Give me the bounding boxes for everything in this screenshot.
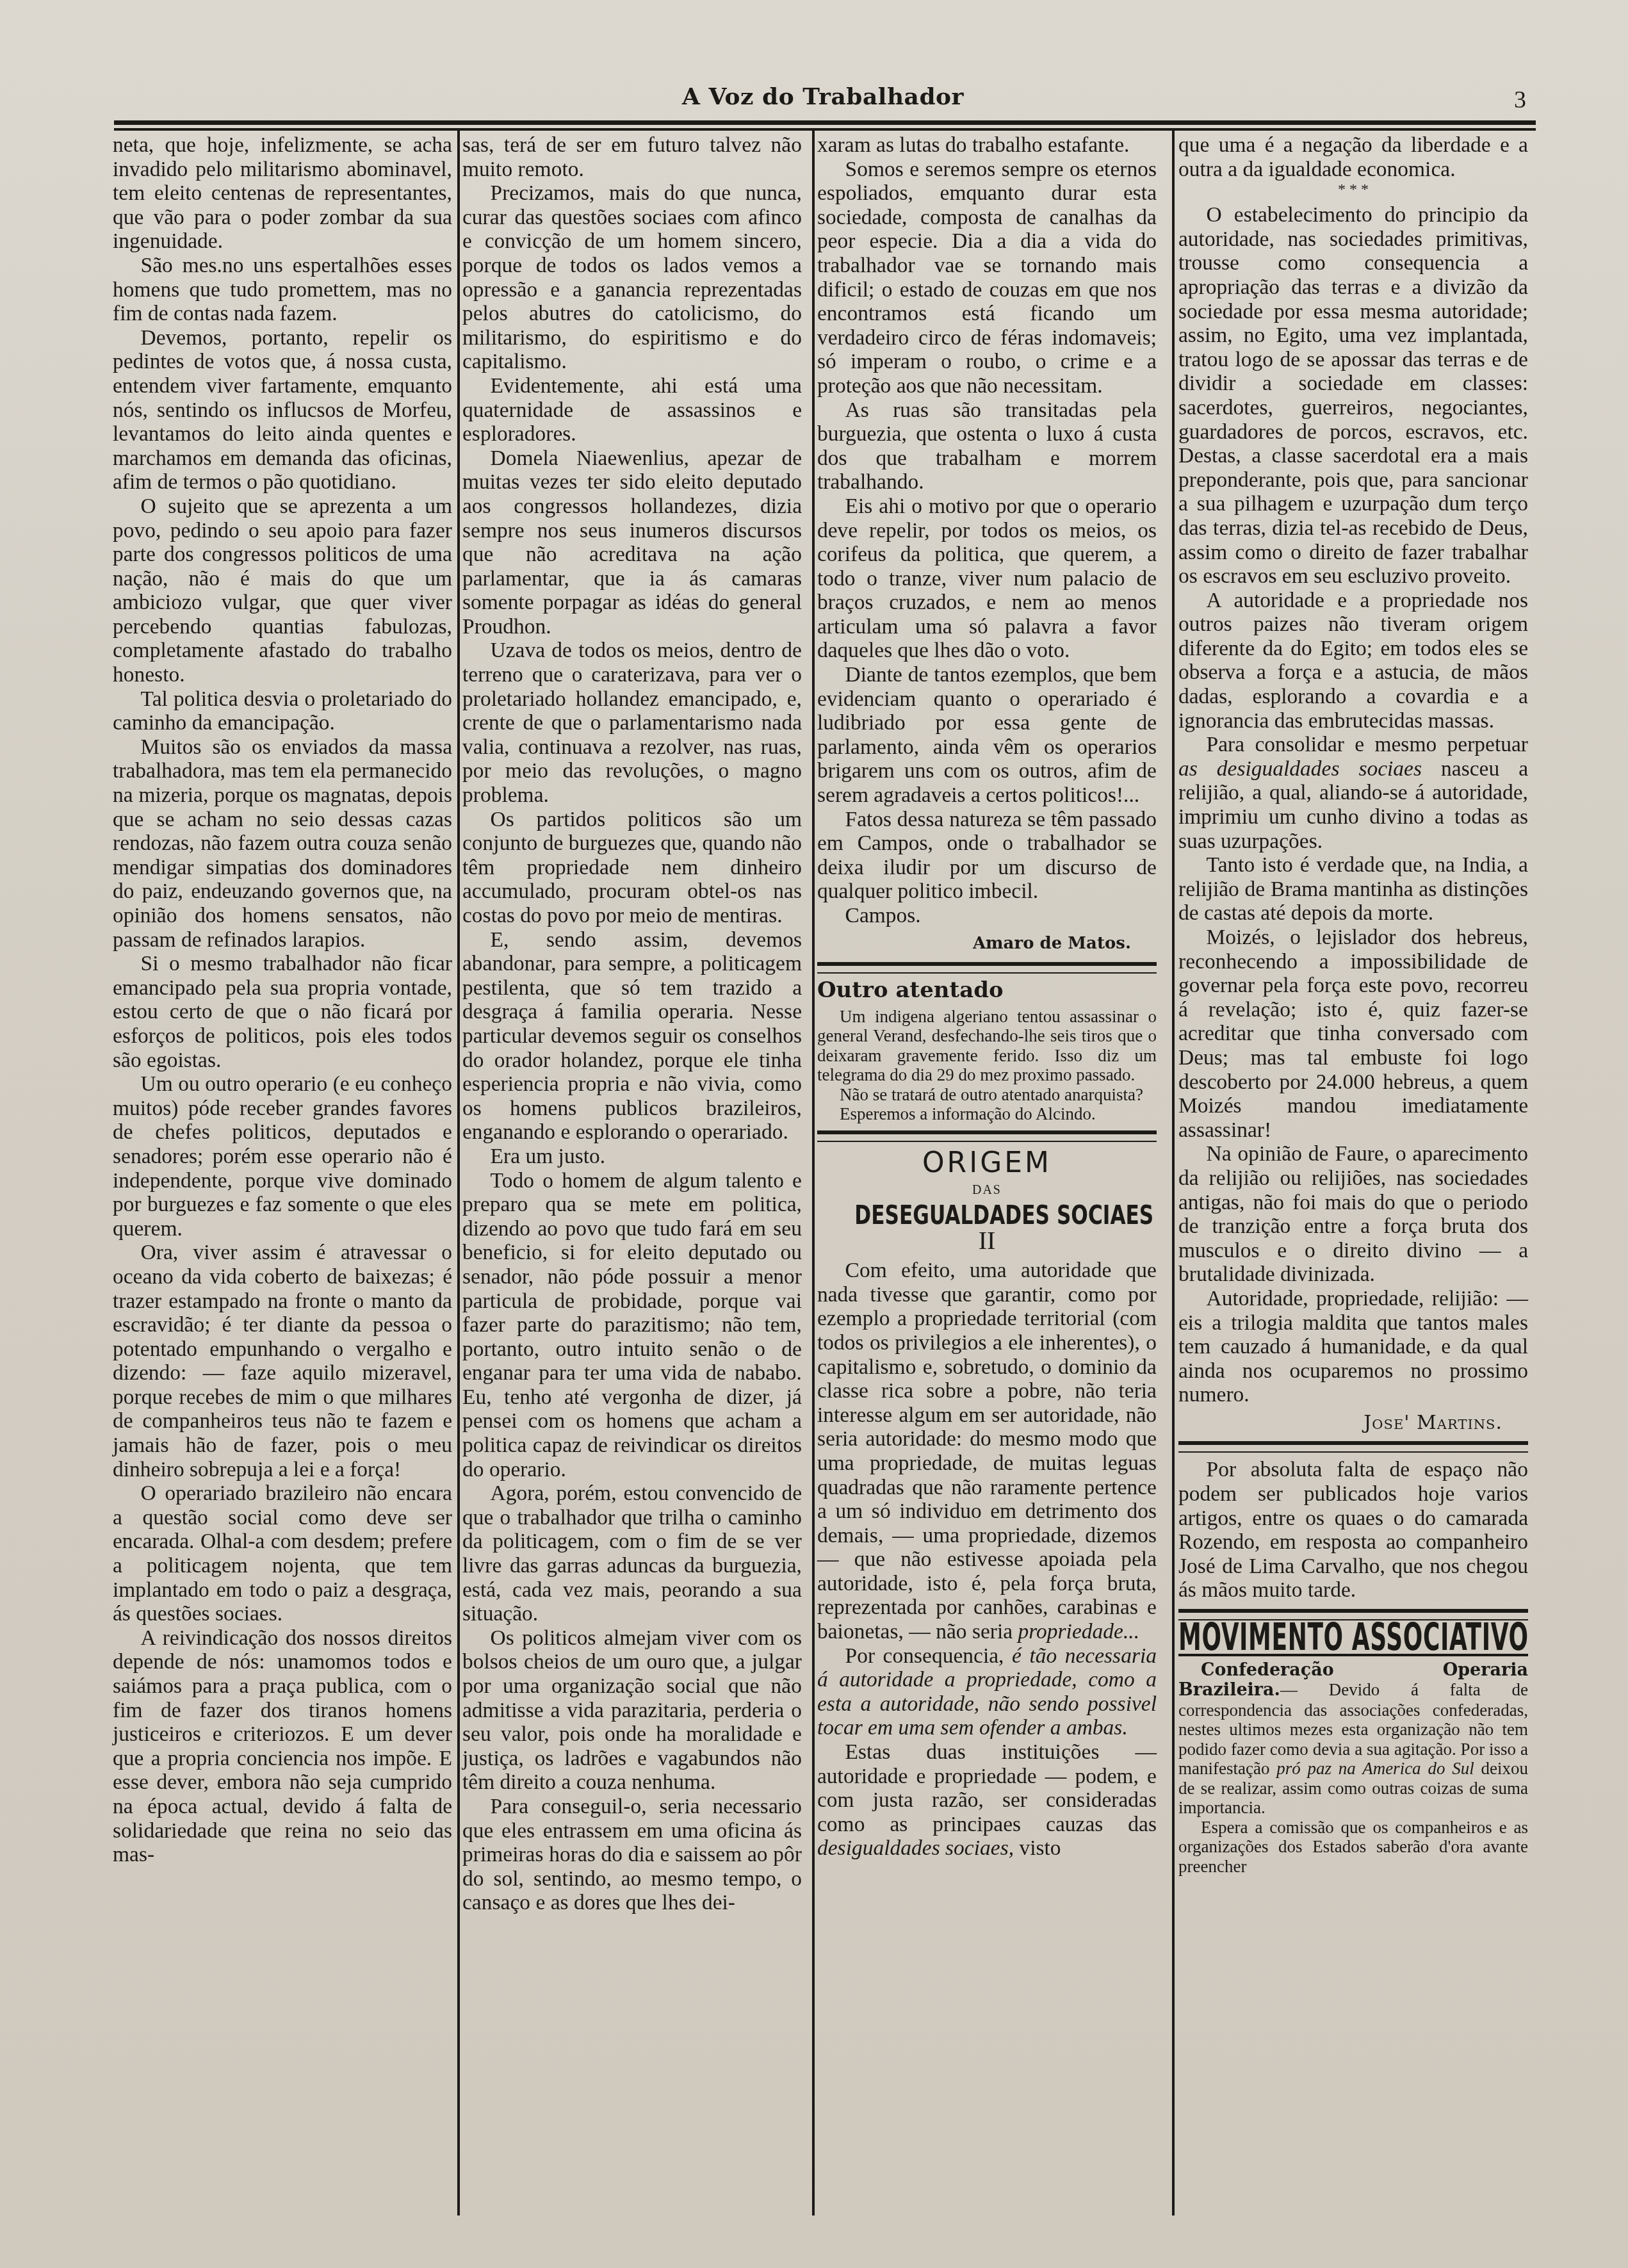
paragraph: A reivindicação dos nossos direitos depe… xyxy=(113,1626,452,1867)
article-part-number: II xyxy=(817,1228,1157,1253)
paragraph: Autoridade, propriedade, relijião: — eis… xyxy=(1178,1287,1528,1407)
column-4: que uma é a negação da liberdade e a out… xyxy=(1178,133,1528,1876)
paragraph: Era um justo. xyxy=(462,1145,802,1169)
paragraph: Os politicos almejam viver com os bolsos… xyxy=(462,1626,802,1795)
paragraph: Todo o homem de algum talento e preparo … xyxy=(462,1169,802,1482)
paragraph: Domela Niaewenlius, apezar de muitas vez… xyxy=(462,446,802,639)
paragraph: Com efeito, uma autoridade que nada tive… xyxy=(817,1259,1157,1644)
masthead: A Voz do Trabalhador 3 xyxy=(112,83,1534,122)
newspaper-page: A Voz do Trabalhador 3 neta, que hoje, i… xyxy=(0,0,1628,2268)
paragraph: Esperemos a informação do Alcindo. xyxy=(817,1104,1157,1124)
paragraph: Por consequencia, é tão necessaria á aut… xyxy=(817,1644,1157,1740)
paragraph: O sujeito que se aprezenta a um povo, pe… xyxy=(113,494,452,687)
column-divider xyxy=(812,131,815,2215)
paragraph: Somos e seremos sempre os eternos espoli… xyxy=(817,158,1157,398)
paragraph: Estas duas instituições — autoridade e p… xyxy=(817,1740,1157,1861)
paragraph: Precizamos, mais do que nunca, curar das… xyxy=(462,181,802,374)
paragraph: Si o mesmo trabalhador não ficar emancip… xyxy=(113,952,452,1072)
column-1: neta, que hoje, infelizmente, se acha in… xyxy=(113,133,452,1867)
article-title-das: DAS xyxy=(817,1179,1157,1203)
paragraph: xaram as lutas do trabalho estafante. xyxy=(817,133,1157,158)
newspaper-title: A Voz do Trabalhador xyxy=(112,83,1534,110)
column-2: sas, terá de ser em futuro talvez não mu… xyxy=(462,133,802,1915)
article-title-desegualdades: DESEGUALDADES SOCIAES xyxy=(854,1204,1119,1228)
column-3: xaram as lutas do trabalho estafante. So… xyxy=(817,133,1157,1861)
paragraph: São mes.no uns espertalhões esses homens… xyxy=(113,254,452,326)
paragraph: Tanto isto é verdade que, na India, a re… xyxy=(1178,853,1528,926)
paragraph: Tal politica desvia o proletariado do ca… xyxy=(113,687,452,735)
section-rule xyxy=(817,962,1157,974)
paragraph: Para consolidar e mesmo perpetuar as des… xyxy=(1178,733,1528,853)
paragraph: Uzava de todos os meios, dentro de terre… xyxy=(462,639,802,807)
editorial-notice: Por absoluta falta de espaço não podem s… xyxy=(1178,1458,1528,1603)
paragraph: As ruas são transitadas pela burguezia, … xyxy=(817,398,1157,494)
paragraph: Um indigena algeriano tentou assassinar … xyxy=(817,1007,1157,1085)
paragraph: Ora, viver assim é atravessar o oceano d… xyxy=(113,1241,452,1481)
paragraph: Não se tratará de outro atentado anarqui… xyxy=(817,1085,1157,1105)
paragraph: Um ou outro operario (e eu conheço muito… xyxy=(113,1072,452,1241)
paragraph: Fatos dessa natureza se têm passado em C… xyxy=(817,808,1157,904)
paragraph: Diante de tantos ezemplos, que bem evide… xyxy=(817,663,1157,808)
paragraph: Moizés, o lejislador dos hebreus, reconh… xyxy=(1178,926,1528,1142)
asterism-separator: * * * xyxy=(1178,183,1528,197)
paragraph: Espera a comissão que os companheiros e … xyxy=(1178,1818,1528,1877)
paragraph: Confederação Operaria Brazileira.— Devid… xyxy=(1178,1660,1528,1818)
paragraph: Evidentemente, ahi está uma quaternidade… xyxy=(462,374,802,446)
dateline: Campos. xyxy=(817,904,1157,928)
page-number: 3 xyxy=(1514,86,1526,114)
paragraph: O operariado brazileiro não encara a que… xyxy=(113,1481,452,1626)
masthead-rule xyxy=(114,120,1536,131)
column-divider xyxy=(457,131,460,2215)
section-rule xyxy=(1178,1441,1528,1453)
paragraph: Os partidos politicos são um conjunto de… xyxy=(462,808,802,928)
paragraph: Devemos, portanto, repelir os pedintes d… xyxy=(113,326,452,494)
paragraph: O estabelecimento do principio da autori… xyxy=(1178,203,1528,589)
article-title-origem: ORIGEM xyxy=(817,1151,1157,1175)
paragraph: E, sendo assim, devemos abandonar, para … xyxy=(462,928,802,1145)
author-signature: Jose' Martins. xyxy=(1178,1411,1502,1435)
paragraph: neta, que hoje, infelizmente, se acha in… xyxy=(113,133,452,254)
author-signature: Amaro de Matos. xyxy=(817,932,1131,956)
article-title-outro-atentado: Outro atentado xyxy=(817,979,1157,1003)
paragraph: Agora, porém, estou convencido de que o … xyxy=(462,1481,802,1626)
section-rule xyxy=(817,1130,1157,1142)
paragraph: Para conseguil-o, seria necessario que e… xyxy=(462,1795,802,1915)
paragraph: A autoridade e a propriedade nos outros … xyxy=(1178,589,1528,733)
paragraph: Na opinião de Faure, o aparecimento da r… xyxy=(1178,1142,1528,1287)
paragraph: Eis ahi o motivo por que o operario deve… xyxy=(817,494,1157,663)
paragraph: que uma é a negação da liberdade e a out… xyxy=(1178,133,1528,181)
column-divider xyxy=(1172,131,1175,2215)
section-title-movimento-associativo: MOVIMENTO ASSOCIATIVO xyxy=(1178,1626,1396,1650)
paragraph: Muitos são os enviados da massa trabalha… xyxy=(113,735,452,952)
paragraph: sas, terá de ser em futuro talvez não mu… xyxy=(462,133,802,181)
